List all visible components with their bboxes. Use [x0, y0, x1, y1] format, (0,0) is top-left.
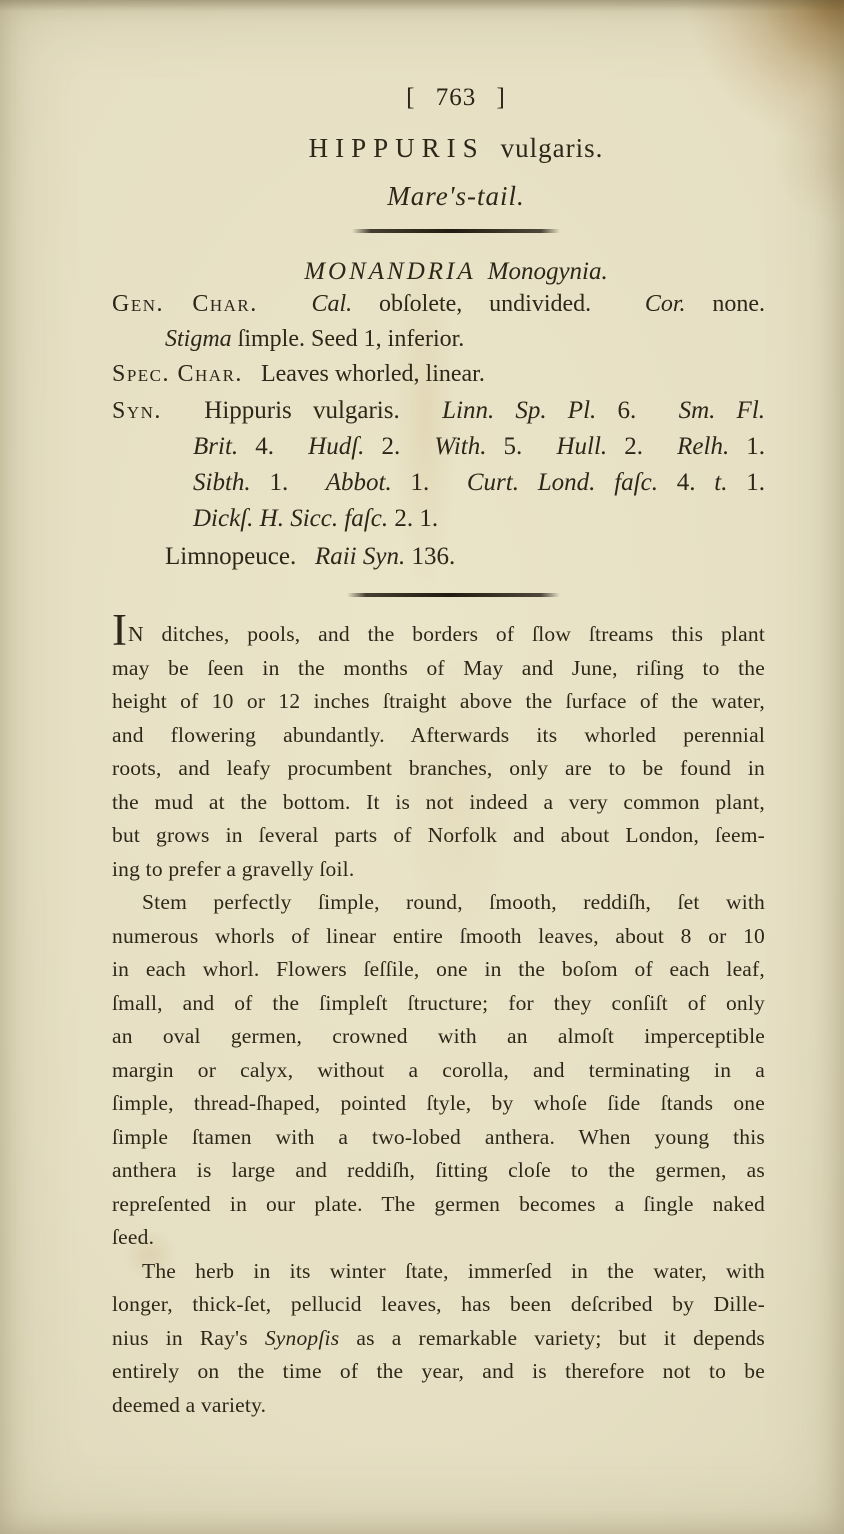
body-line: ing to prefer a gravelly ſoil. — [112, 853, 765, 887]
syn-num: 2. — [624, 433, 643, 460]
syn-num: 2. 1. — [394, 505, 438, 532]
body-line: an oval germen, crowned with an almoſt i… — [112, 1020, 765, 1054]
syn-num: 1. — [411, 469, 430, 496]
gen-char-line: Gen. Char. Cal. obſolete, undivided. Cor… — [112, 291, 765, 318]
syn-num: 2. — [381, 433, 400, 460]
body-text: IN ditches, pools, and the borders of ſl… — [112, 618, 765, 1422]
text-segment: deemed a variety. — [112, 1393, 266, 1417]
synonym-line-1: Syn. Hippuris vulgaris. Linn. Sp. Pl. 6.… — [112, 397, 765, 425]
body-line: roots, and leafy procumbent branches, on… — [112, 752, 765, 786]
syn-num: 136. — [411, 543, 455, 570]
text-segment: longer, thick-ſet, pellucid leaves, has … — [112, 1292, 765, 1316]
text-segment: ſmall, and of the ſimpleſt ſtructure; fo… — [112, 991, 765, 1015]
body-line: ſimple, thread-ſhaped, pointed ſtyle, by… — [112, 1087, 765, 1121]
text-segment: height of 10 or 12 inches ſtraight above… — [112, 689, 765, 713]
text-segment: as a remarkable variety; but it depends — [339, 1326, 765, 1350]
text-segment: Stem perfectly ſimple, round, ſmooth, re… — [142, 890, 765, 914]
body-line: longer, thick-ſet, pellucid leaves, has … — [112, 1288, 765, 1322]
syn-num: 5. — [504, 433, 523, 460]
text-segment: repreſented in our plate. The germen bec… — [112, 1192, 765, 1216]
text-segment: roots, and leafy procumbent branches, on… — [112, 756, 765, 780]
body-line: anthera is large and reddiſh, ſitting cl… — [112, 1154, 765, 1188]
syn-ref: Curt. Lond. faſc. — [467, 469, 658, 496]
body-line: in each whorl. Flowers ſeſſile, one in t… — [112, 953, 765, 987]
text-segment: an oval germen, crowned with an almoſt i… — [112, 1024, 765, 1048]
syn-ref: Abbot. — [326, 469, 392, 496]
body-line: repreſented in our plate. The germen bec… — [112, 1188, 765, 1222]
syn-name: Limnopeuce. — [165, 543, 296, 570]
divider-rule-middle — [347, 593, 560, 597]
syn-num: 1. — [746, 469, 765, 496]
body-line: the mud at the bottom. It is not indeed … — [112, 786, 765, 820]
syn-ref: Sm. Fl. — [679, 397, 765, 424]
text-segment: N ditches, pools, and the borders of ſlo… — [128, 622, 765, 646]
order-name: Monogynia. — [488, 258, 608, 285]
stigma-text: ſimple. Seed 1, inferior. — [238, 326, 465, 352]
body-line: margin or calyx, without a corolla, and … — [112, 1054, 765, 1088]
syn-num: 1. — [746, 433, 765, 460]
body-line: entirely on the time of the year, and is… — [112, 1355, 765, 1389]
divider-rule-top — [352, 229, 560, 233]
text-segment: may be ſeen in the months of May and Jun… — [112, 656, 765, 680]
page-title: HIPPURISvulgaris. — [92, 133, 820, 164]
syn-ref: Dickſ. H. Sicc. faſc. — [193, 505, 388, 532]
calyx-label: Cal. — [311, 291, 352, 317]
body-line: height of 10 or 12 inches ſtraight above… — [112, 685, 765, 719]
text-segment: ſimple, thread-ſhaped, pointed ſtyle, by… — [112, 1091, 765, 1115]
body-line: but grows in ſeveral parts of Norfolk an… — [112, 819, 765, 853]
text-segment: ing to prefer a gravelly ſoil. — [112, 857, 354, 881]
corolla-text: none. — [712, 291, 765, 317]
text-segment: Synopſis — [265, 1326, 339, 1350]
syn-ref: With. — [434, 433, 486, 460]
page-number: [ 763 ] — [92, 84, 820, 112]
text-segment: and flowering abundantly. Afterwards its… — [112, 723, 765, 747]
text-segment: margin or calyx, without a corolla, and … — [112, 1058, 765, 1082]
calyx-text: obſolete, undivided. — [379, 291, 591, 317]
text-segment: anthera is large and reddiſh, ſitting cl… — [112, 1158, 765, 1182]
text-segment: the mud at the bottom. It is not indeed … — [112, 790, 765, 814]
syn-ref: Brit. — [193, 433, 238, 460]
body-line: deemed a variety. — [112, 1389, 765, 1423]
book-page: [ 763 ] HIPPURISvulgaris. Mare's-tail. M… — [0, 0, 844, 1534]
body-line: ſeed. — [112, 1221, 765, 1255]
text-segment: entirely on the time of the year, and is… — [112, 1359, 765, 1383]
synonym-line-5: Limnopeuce. Raii Syn. 136. — [112, 543, 818, 571]
syn-num: 4. — [677, 469, 696, 496]
syn-ref: Linn. Sp. Pl. — [442, 397, 596, 424]
syn-label: Syn. — [112, 398, 162, 424]
syn-ref: Raii Syn. — [315, 543, 405, 570]
syn-num: 6. — [617, 397, 636, 424]
body-line: may be ſeen in the months of May and Jun… — [112, 652, 765, 686]
text-segment: ſeed. — [112, 1225, 154, 1249]
syn-ref: Sibth. — [193, 469, 251, 496]
stigma-line: Stigma ſimple. Seed 1, inferior. — [112, 326, 818, 353]
syn-ref: t. — [714, 469, 727, 496]
synonym-line-2: Brit. 4. Hudſ. 2. With. 5. Hull. 2. Relh… — [112, 433, 765, 461]
text-segment: but grows in ſeveral parts of Norfolk an… — [112, 823, 765, 847]
text-segment: in each whorl. Flowers ſeſſile, one in t… — [112, 957, 765, 981]
drop-cap: I — [112, 605, 127, 655]
spec-char-label: Spec. Char. — [112, 361, 243, 387]
classification-line: MONANDRIAMonogynia. — [92, 258, 820, 286]
genus-name: HIPPURIS — [309, 133, 485, 163]
body-line: numerous whorls of linear entire ſmooth … — [112, 920, 765, 954]
body-line: and flowering abundantly. Afterwards its… — [112, 719, 765, 753]
syn-ref: Hull. — [556, 433, 607, 460]
text-segment: ſimple ſtamen with a two-lobed anthera. … — [112, 1125, 765, 1149]
corolla-label: Cor. — [645, 291, 686, 317]
body-line: The herb in its winter ſtate, immerſed i… — [112, 1255, 765, 1289]
spec-char-line: Spec. Char. Leaves whorled, linear. — [112, 361, 765, 388]
synonym-line-4: Dickſ. H. Sicc. faſc. 2. 1. — [112, 505, 765, 533]
class-name: MONANDRIA — [304, 258, 475, 285]
body-line: ſimple ſtamen with a two-lobed anthera. … — [112, 1121, 765, 1155]
body-line: Stem perfectly ſimple, round, ſmooth, re… — [112, 886, 765, 920]
text-segment: nius in Ray's — [112, 1326, 265, 1350]
syn-ref: Hudſ. — [308, 433, 364, 460]
common-name: Mare's-tail. — [92, 181, 820, 212]
spec-char-text: Leaves whorled, linear. — [261, 361, 485, 387]
syn-ref: Relh. — [677, 433, 729, 460]
synonym-line-3: Sibth. 1. Abbot. 1. Curt. Lond. faſc. 4.… — [112, 469, 765, 497]
stigma-label: Stigma — [165, 326, 232, 352]
text-segment: numerous whorls of linear entire ſmooth … — [112, 924, 765, 948]
syn-num: 4. — [255, 433, 274, 460]
body-line: nius in Ray's Synopſis as a remarkable v… — [112, 1322, 765, 1356]
text-segment: The herb in its winter ſtate, immerſed i… — [142, 1259, 765, 1283]
gen-char-label: Gen. Char. — [112, 291, 258, 317]
body-line: IN ditches, pools, and the borders of ſl… — [112, 618, 765, 652]
syn-species-name: Hippuris vulgaris. — [204, 397, 399, 424]
body-line: ſmall, and of the ſimpleſt ſtructure; fo… — [112, 987, 765, 1021]
syn-num: 1. — [269, 469, 288, 496]
species-epithet: vulgaris. — [501, 133, 604, 163]
